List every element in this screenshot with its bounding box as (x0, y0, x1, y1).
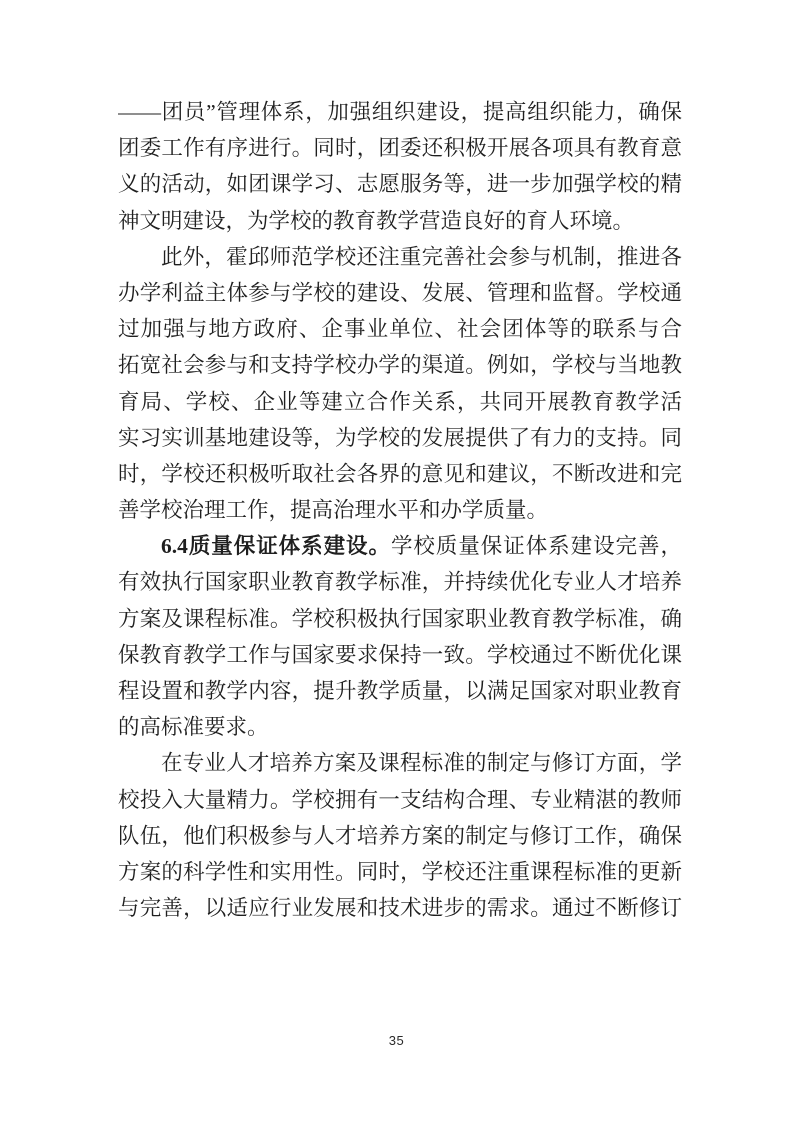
text-line: 拓宽社会参与和支持学校办学的渠道。例如，学校与当地教 (118, 347, 682, 383)
text-line: 育局、学校、企业等建立合作关系，共同开展教育教学活动、 (118, 384, 682, 420)
page-number: 35 (389, 1033, 404, 1048)
text-line: 的高标准要求。 (118, 709, 682, 745)
text-line: 6.4质量保证体系建设。学校质量保证体系建设完善， (118, 528, 682, 564)
text-line: ——团员”管理体系，加强组织建设，提高组织能力，确保 (118, 94, 682, 130)
text-line: 校投入大量精力。学校拥有一支结构合理、专业精湛的教师 (118, 782, 682, 818)
text-line: 义的活动，如团课学习、志愿服务等，进一步加强学校的精 (118, 166, 682, 202)
text-line: 团委工作有序进行。同时，团委还积极开展各项具有教育意 (118, 130, 682, 166)
text-line: 程设置和教学内容，提升教学质量，以满足国家对职业教育 (118, 673, 682, 709)
text-line: 实习实训基地建设等，为学校的发展提供了有力的支持。同 (118, 420, 682, 456)
text-line: 神文明建设，为学校的教育教学营造良好的育人环境。 (118, 203, 682, 239)
line-text: 的高标准要求。 (118, 715, 269, 739)
line-text: 与完善，以适应行业发展和技术进步的需求。通过不断修订 (118, 896, 682, 920)
text-line: 办学利益主体参与学校的建设、发展、管理和监督。学校通 (118, 275, 682, 311)
paragraph: 6.4质量保证体系建设。学校质量保证体系建设完善，有效执行国家职业教育教学标准，… (118, 528, 682, 745)
text-line: 时，学校还积极听取社会各界的意见和建议，不断改进和完 (118, 456, 682, 492)
line-text: 拓宽社会参与和支持学校办学的渠道。例如，学校与当地教 (118, 353, 682, 377)
line-text: 程设置和教学内容，提升教学质量，以满足国家对职业教育 (118, 679, 682, 703)
document-page: ——团员”管理体系，加强组织建设，提高组织能力，确保团委工作有序进行。同时，团委… (0, 0, 793, 1122)
line-text: 育局、学校、企业等建立合作关系，共同开展教育教学活动、 (118, 390, 682, 420)
text-line: 方案及课程标准。学校积极执行国家职业教育教学标准，确 (118, 601, 682, 637)
paragraph: 在专业人才培养方案及课程标准的制定与修订方面，学校投入大量精力。学校拥有一支结构… (118, 745, 682, 926)
line-text: 义的活动，如团课学习、志愿服务等，进一步加强学校的精 (118, 172, 682, 196)
line-text: 过加强与地方政府、企事业单位、社会团体等的联系与合作， (118, 317, 682, 347)
line-text: 实习实训基地建设等，为学校的发展提供了有力的支持。同 (118, 426, 682, 450)
line-text: ——团员”管理体系，加强组织建设，提高组织能力，确保 (118, 100, 682, 124)
text-line: 队伍，他们积极参与人才培养方案的制定与修订工作，确保 (118, 818, 682, 854)
line-text: 有效执行国家职业教育教学标准，并持续优化专业人才培养 (118, 570, 682, 594)
line-text: 队伍，他们积极参与人才培养方案的制定与修订工作，确保 (118, 824, 682, 848)
paragraph: ——团员”管理体系，加强组织建设，提高组织能力，确保团委工作有序进行。同时，团委… (118, 94, 682, 239)
line-text: 时，学校还积极听取社会各界的意见和建议，不断改进和完 (118, 462, 682, 486)
line-text: 善学校治理工作，提高治理水平和办学质量。 (118, 498, 548, 522)
section-heading: 6.4质量保证体系建设。 (161, 534, 391, 558)
line-text: 在专业人才培养方案及课程标准的制定与修订方面，学 (161, 751, 682, 775)
line-text: 保教育教学工作与国家要求保持一致。学校通过不断优化课 (118, 643, 682, 667)
line-text: 办学利益主体参与学校的建设、发展、管理和监督。学校通 (118, 281, 682, 305)
line-text: 神文明建设，为学校的教育教学营造良好的育人环境。 (118, 209, 634, 233)
paragraph: 此外，霍邱师范学校还注重完善社会参与机制，推进各办学利益主体参与学校的建设、发展… (118, 239, 682, 529)
line-text: 方案及课程标准。学校积极执行国家职业教育教学标准，确 (118, 607, 682, 631)
text-line: 与完善，以适应行业发展和技术进步的需求。通过不断修订 (118, 890, 682, 926)
text-line: 善学校治理工作，提高治理水平和办学质量。 (118, 492, 682, 528)
line-text: 校投入大量精力。学校拥有一支结构合理、专业精湛的教师 (118, 788, 682, 812)
text-line: 保教育教学工作与国家要求保持一致。学校通过不断优化课 (118, 637, 682, 673)
text-line: 有效执行国家职业教育教学标准，并持续优化专业人才培养 (118, 564, 682, 600)
text-line: 过加强与地方政府、企事业单位、社会团体等的联系与合作， (118, 311, 682, 347)
line-text: 此外，霍邱师范学校还注重完善社会参与机制，推进各 (161, 245, 682, 269)
line-text: 学校质量保证体系建设完善， (391, 534, 682, 558)
text-line: 方案的科学性和实用性。同时，学校还注重课程标准的更新 (118, 854, 682, 890)
text-line: 在专业人才培养方案及课程标准的制定与修订方面，学 (118, 745, 682, 781)
line-text: 方案的科学性和实用性。同时，学校还注重课程标准的更新 (118, 860, 682, 884)
line-text: 团委工作有序进行。同时，团委还积极开展各项具有教育意 (118, 136, 682, 160)
text-line: 此外，霍邱师范学校还注重完善社会参与机制，推进各 (118, 239, 682, 275)
document-body: ——团员”管理体系，加强组织建设，提高组织能力，确保团委工作有序进行。同时，团委… (118, 94, 682, 926)
page-footer: 35 (0, 1032, 793, 1050)
